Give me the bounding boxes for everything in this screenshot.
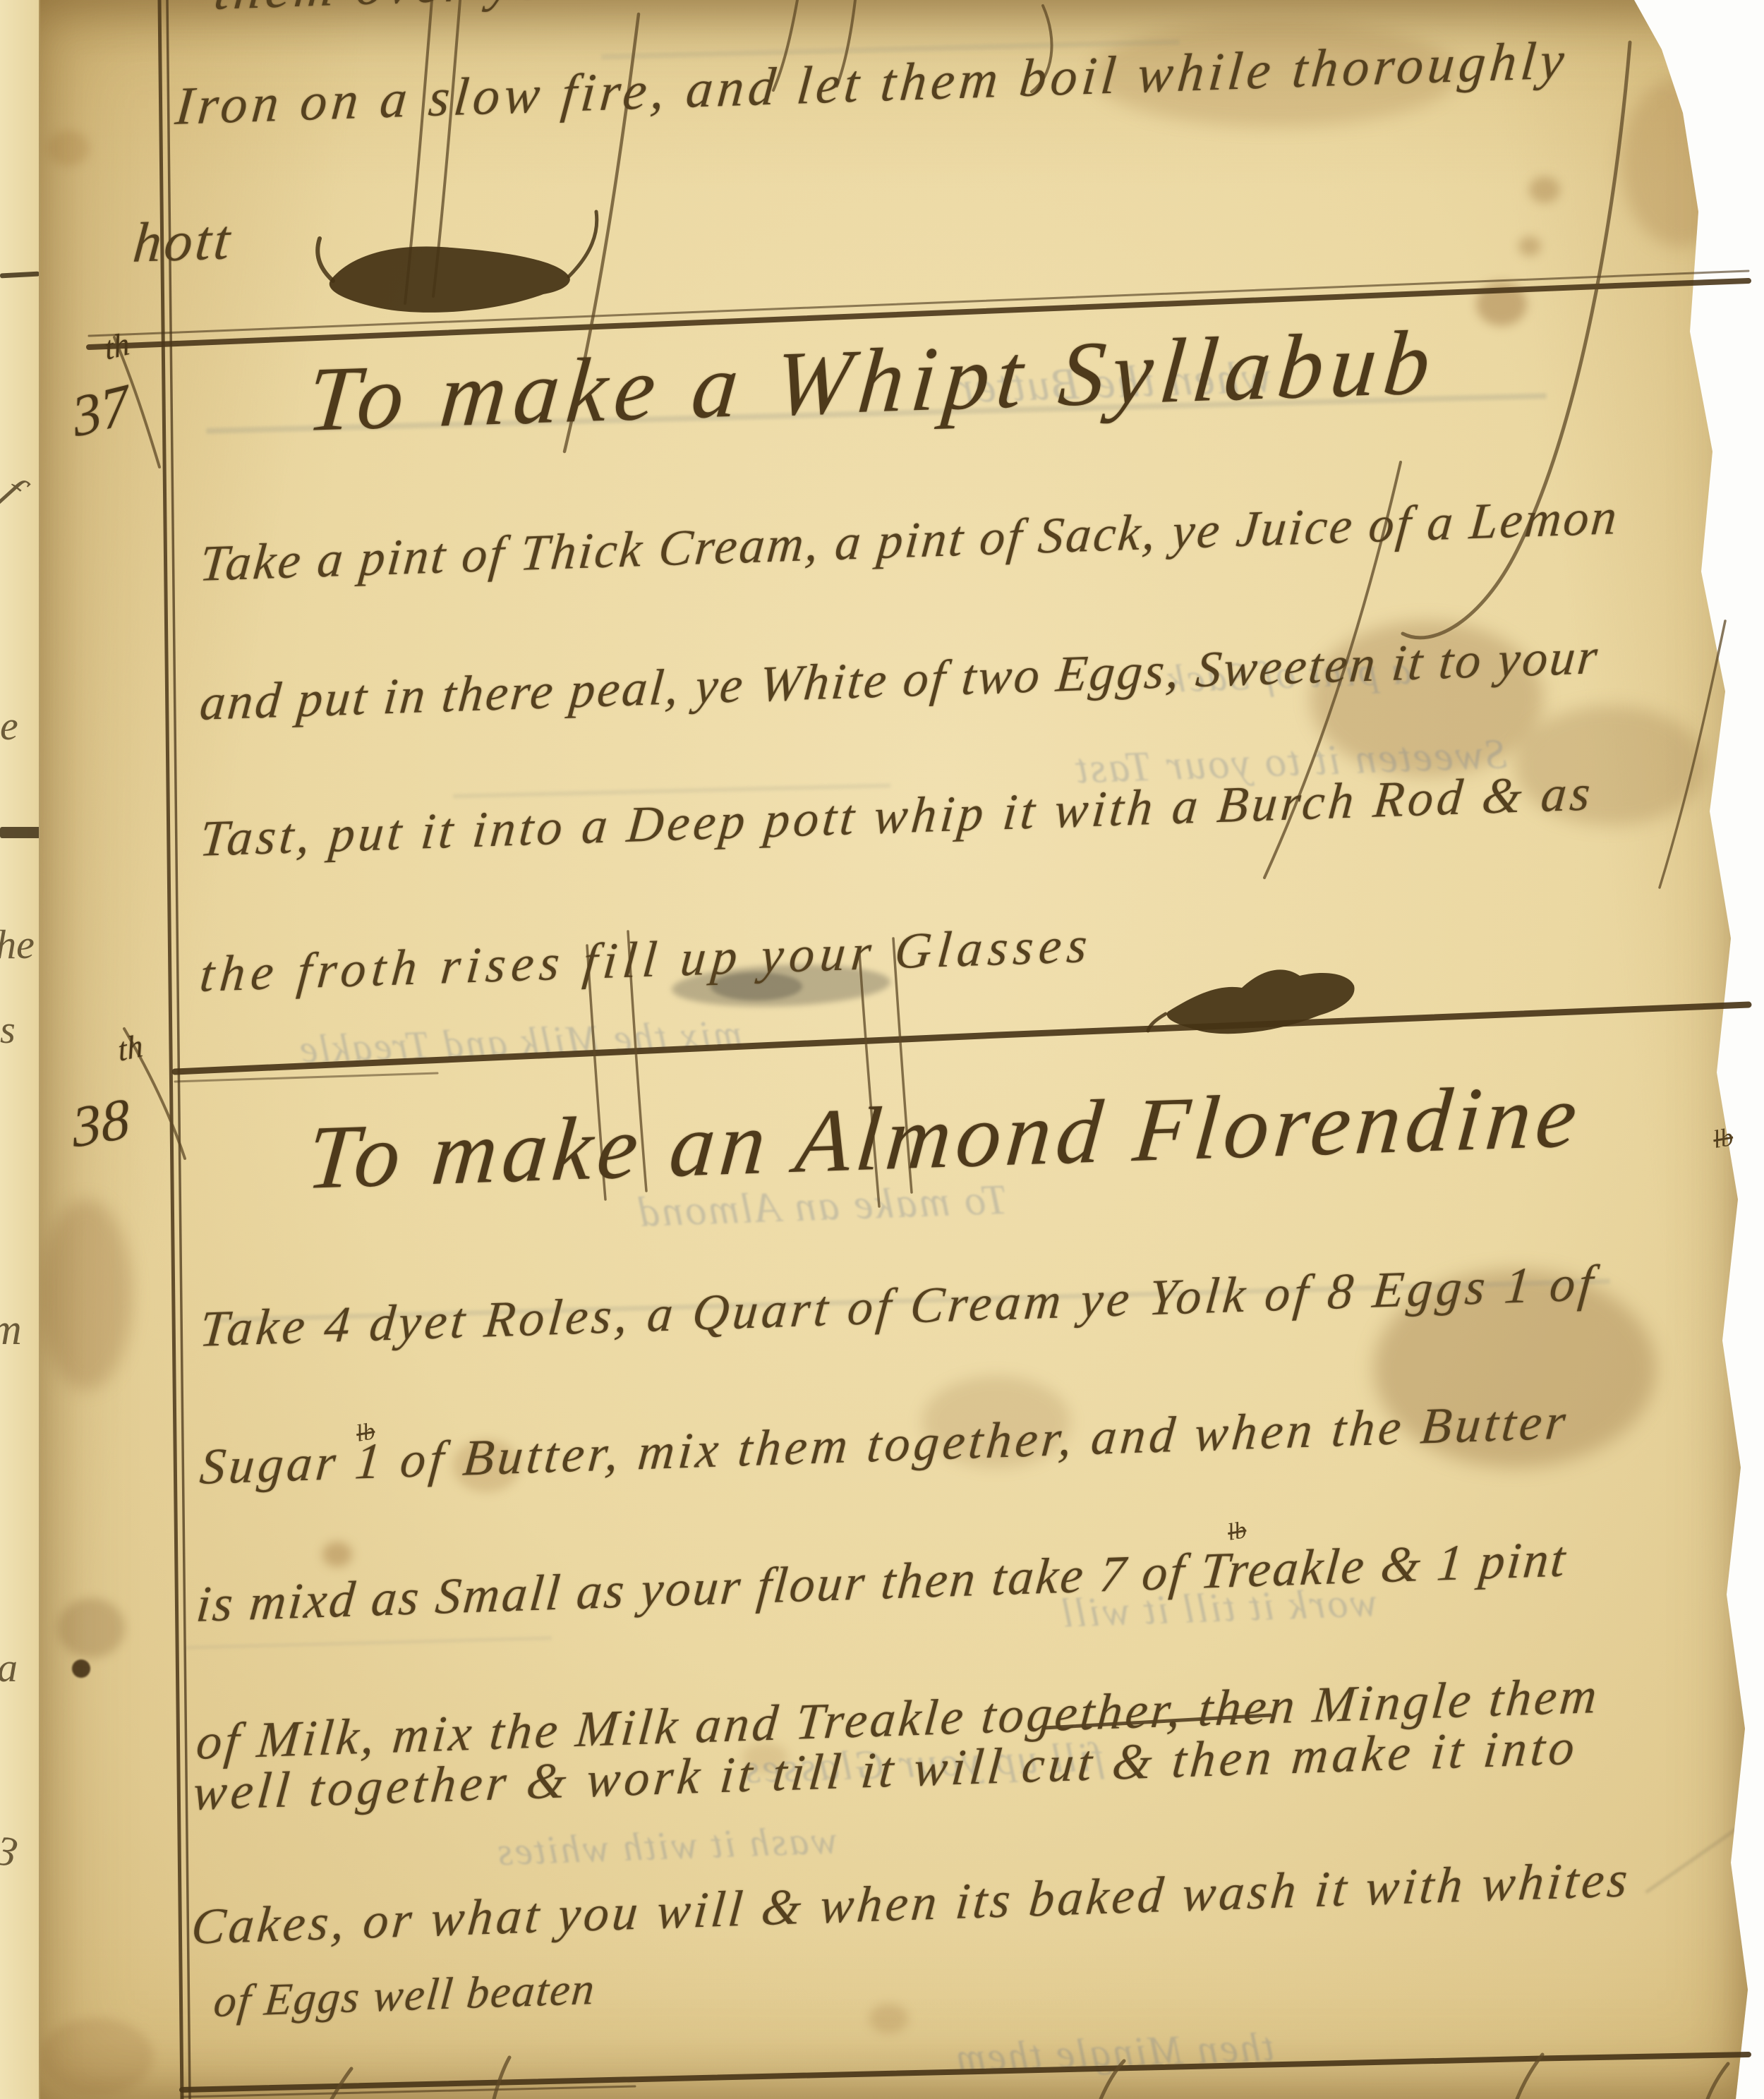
recipe-37-line-1: Take a pint of Thick Cream, a pint of Sa… (198, 488, 1621, 593)
recipe-37-number: 37 (68, 371, 134, 451)
recipe-38-line-1: Take 4 dyet Roles, a Quart of Cream ye Y… (198, 1254, 1599, 1359)
clipped-top-line: them over your (212, 0, 610, 23)
recipe-38-line-3: is mixd as Small as your flour then take… (194, 1530, 1570, 1634)
recipe-37-line-4: the froth rises fill up your Glasses (198, 916, 1095, 1004)
recipe-37-line-3: Tast, put it into a Deep pott whip it wi… (198, 763, 1596, 869)
recipe-37-number-prefix: th (102, 325, 132, 368)
manuscript-scan: f e the s m a 3 (0, 0, 1764, 2099)
recipe-38-line-7: of Eggs well beaten (212, 1963, 598, 2028)
superscript-lb-mark: lb (354, 1418, 377, 1448)
recipe-37-title: To make a Whipt Syllabub (303, 309, 1442, 453)
recipe-38-number-prefix: th (116, 1027, 145, 1069)
superscript-lb-mark: lb (1226, 1517, 1249, 1547)
recipe-38-number: 38 (70, 1084, 131, 1161)
handwritten-text: them over your Iron on a slow fire, and … (0, 0, 1764, 2099)
recipe-38-title: To make an Almond Florendine (303, 1064, 1586, 1210)
recipe-37-line-2: and put in there peal, ye White of two E… (198, 627, 1602, 732)
previous-recipe-line: Iron on a slow fire, and let them boil w… (173, 30, 1571, 138)
previous-recipe-line: hott (131, 208, 236, 276)
superscript-lb-mark: lb (1711, 1122, 1736, 1154)
recipe-38-line-2: Sugar 1 of Butter, mix them together, an… (198, 1392, 1571, 1496)
recipe-38-line-6: Cakes, or what you will & when its baked… (189, 1850, 1633, 1956)
